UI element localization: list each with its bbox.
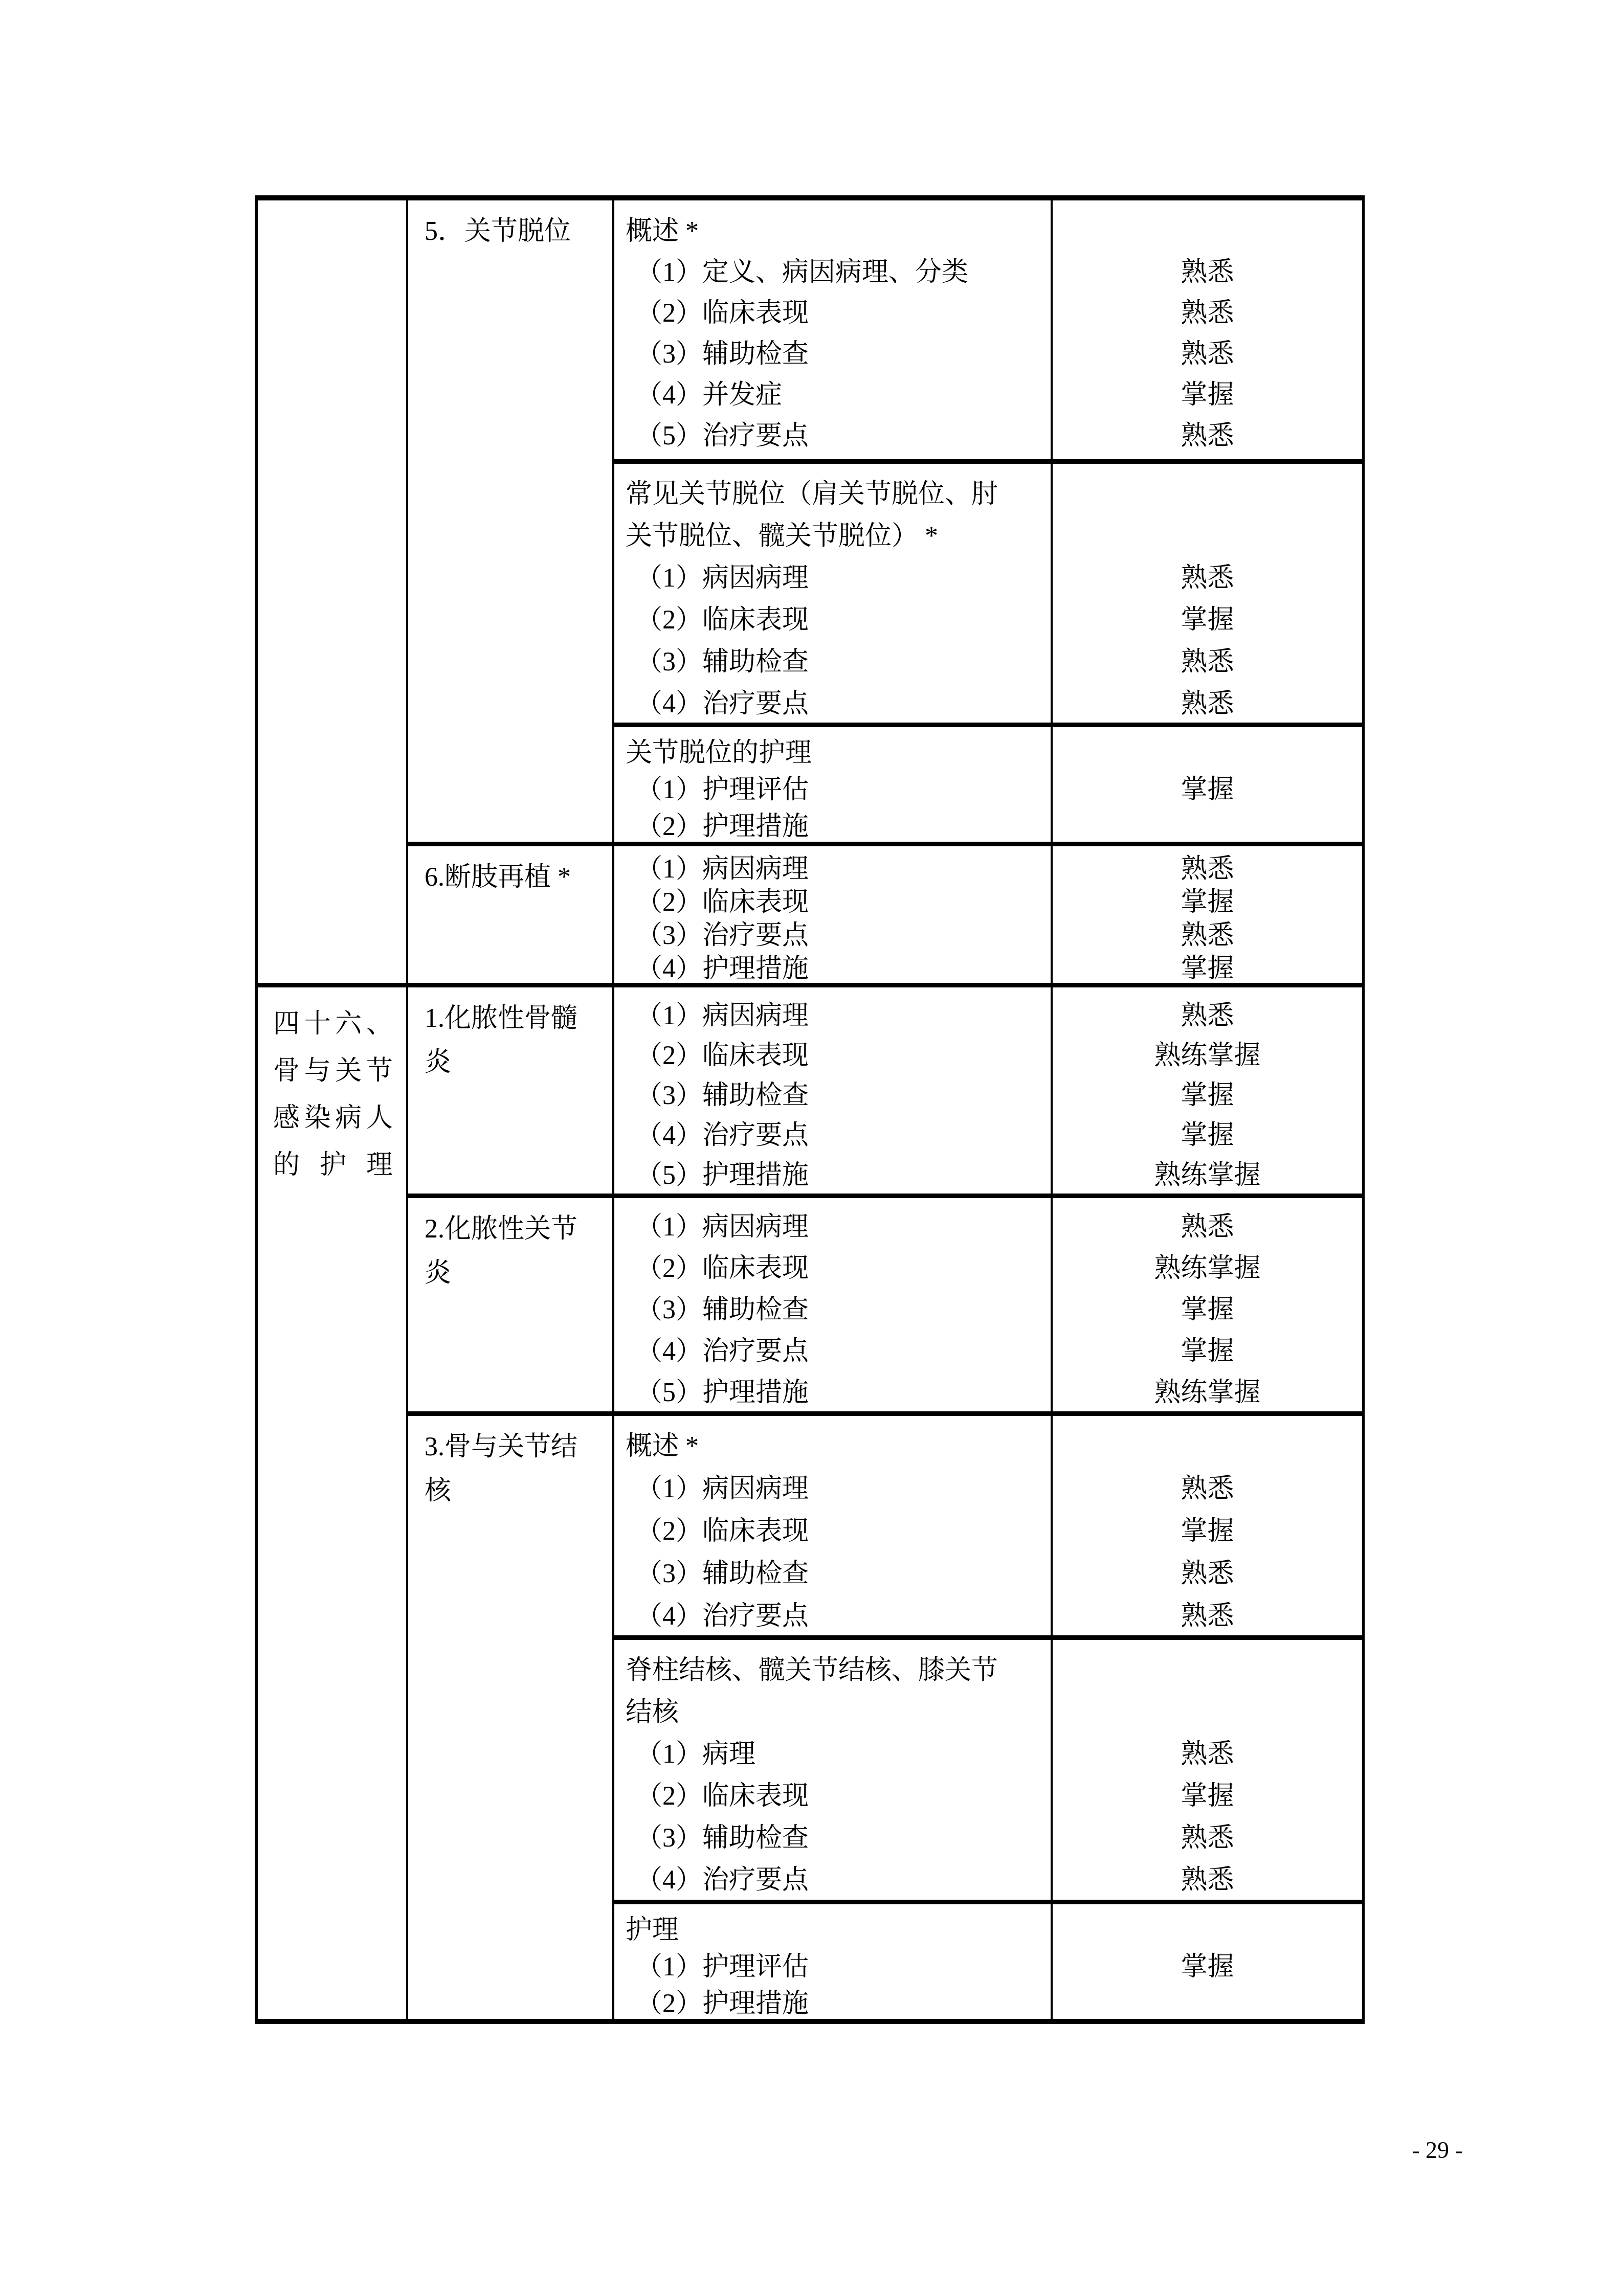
items-common-dislocations: 常见关节脱位（肩关节脱位、肘 关节脱位、髋关节脱位） * （1）病因病理 （2）… [614, 459, 1053, 723]
item-line: （1）病因病理 [614, 554, 1051, 596]
item-line: （1）护理评估 [614, 1945, 1051, 1982]
item-line: （5）治疗要点 [614, 412, 1051, 453]
mastery-level: 熟练掌握 [1053, 1152, 1362, 1192]
mastery-level: 掌握 [1053, 949, 1362, 982]
mastery-level: 熟悉 [1053, 993, 1362, 1032]
mastery-level [1053, 1688, 1362, 1730]
item-line: （4）治疗要点 [614, 1112, 1051, 1152]
levels-spinal-hip-knee-tuberculosis: 熟悉 掌握 熟悉 熟悉 [1053, 1635, 1362, 1900]
mastery-level [1053, 1646, 1362, 1688]
item-line: 结核 [614, 1688, 1051, 1730]
levels-suppurative-arthritis: 熟悉 熟练掌握 掌握 掌握 熟练掌握 [1053, 1194, 1362, 1411]
mastery-level [1053, 1422, 1362, 1465]
items-tuberculosis-nursing: 护理 （1）护理评估 （2）护理措施 [614, 1900, 1053, 2019]
items-suppurative-arthritis: （1）病因病理 （2）临床表现 （3）辅助检查 （4）治疗要点 （5）护理措施 [614, 1194, 1053, 1411]
mastery-level: 掌握 [1053, 1945, 1362, 1982]
mastery-level: 熟悉 [1053, 1549, 1362, 1592]
item-line: （3）辅助检查 [614, 1072, 1051, 1112]
levels-common-dislocations: 熟悉 掌握 熟悉 熟悉 [1053, 459, 1362, 723]
item-line: （2）临床表现 [614, 1772, 1051, 1814]
chapter-cell: 四十六、 骨与关节 感染病人 的护理 [258, 983, 408, 2019]
mastery-level: 熟悉 [1053, 249, 1362, 289]
item-line: （2）护理措施 [614, 805, 1051, 842]
mastery-level: 熟悉 [1053, 1465, 1362, 1507]
item-line: （1）病因病理 [614, 1203, 1051, 1245]
items-spinal-hip-knee-tuberculosis: 脊柱结核、髋关节结核、膝关节 结核 （1）病理 （2）临床表现 （3）辅助检查 … [614, 1635, 1053, 1900]
document-page: 四十六、 骨与关节 感染病人 的护理 5．关节脱位 6.断肢再植 * 1.化脓性… [0, 0, 1624, 2296]
item-line: （1）病因病理 [614, 993, 1051, 1032]
items-dislocation-nursing: 关节脱位的护理 （1）护理评估 （2）护理措施 [614, 723, 1053, 842]
levels-suppurative-osteomyelitis: 熟悉 熟练掌握 掌握 掌握 熟练掌握 [1053, 983, 1362, 1194]
item-line: 关节脱位的护理 [614, 731, 1051, 768]
mastery-level: 掌握 [1053, 1112, 1362, 1152]
item-line: （2）临床表现 [614, 1032, 1051, 1072]
item-line: （5）护理措施 [614, 1369, 1051, 1410]
mastery-level: 掌握 [1053, 1772, 1362, 1814]
mastery-level [1053, 1908, 1362, 1945]
mastery-level: 熟悉 [1053, 330, 1362, 371]
mastery-level: 熟悉 [1053, 638, 1362, 680]
mastery-level: 熟悉 [1053, 1203, 1362, 1245]
item-line: （2）护理措施 [614, 1982, 1051, 2019]
page-number: - 29 - [1381, 2136, 1494, 2164]
mastery-level: 掌握 [1053, 1072, 1362, 1112]
mastery-level: 掌握 [1053, 883, 1362, 916]
item-line: （3）辅助检查 [614, 1549, 1051, 1592]
item-line: 概述 * [614, 208, 1051, 249]
mastery-level: 掌握 [1053, 1327, 1362, 1369]
mastery-level: 熟悉 [1053, 916, 1362, 949]
item-line: （4）治疗要点 [614, 1327, 1051, 1369]
items-suppurative-osteomyelitis: （1）病因病理 （2）临床表现 （3）辅助检查 （4）治疗要点 （5）护理措施 [614, 983, 1053, 1194]
mastery-level [1053, 731, 1362, 768]
mastery-level: 熟练掌握 [1053, 1032, 1362, 1072]
item-line: （2）临床表现 [614, 883, 1051, 916]
mastery-level: 熟悉 [1053, 849, 1362, 883]
topic-joint-dislocation: 5．关节脱位 [408, 200, 614, 842]
item-line: （4）治疗要点 [614, 1856, 1051, 1898]
mastery-level [1053, 1982, 1362, 2019]
levels-dislocation-nursing: 掌握 [1053, 723, 1362, 842]
levels-limb-replantation: 熟悉 掌握 熟悉 掌握 [1053, 842, 1362, 983]
item-line: （4）并发症 [614, 371, 1051, 412]
item-line: （3）辅助检查 [614, 638, 1051, 680]
item-line: （2）临床表现 [614, 1507, 1051, 1549]
item-line: 关节脱位、髋关节脱位） * [614, 512, 1051, 554]
chapter-line: 感染病人 [273, 1095, 393, 1142]
chapter-line: 四十六、 [273, 1001, 393, 1048]
mastery-level: 熟悉 [1053, 554, 1362, 596]
levels-tuberculosis-nursing: 掌握 [1053, 1900, 1362, 2019]
syllabus-table: 四十六、 骨与关节 感染病人 的护理 5．关节脱位 6.断肢再植 * 1.化脓性… [255, 195, 1365, 2024]
item-line: （2）临床表现 [614, 289, 1051, 330]
item-line: （1）病理 [614, 1730, 1051, 1772]
chapter-line: 的护理 [273, 1142, 393, 1189]
item-line: 脊柱结核、髋关节结核、膝关节 [614, 1646, 1051, 1688]
mastery-level [1053, 512, 1362, 554]
item-line: （4）治疗要点 [614, 1592, 1051, 1634]
mastery-level: 熟练掌握 [1053, 1245, 1362, 1286]
item-line: 概述 * [614, 1422, 1051, 1465]
items-overview-tuberculosis: 概述 * （1）病因病理 （2）临床表现 （3）辅助检查 （4）治疗要点 [614, 1411, 1053, 1635]
chapter-cell-empty [258, 200, 408, 983]
mastery-level: 熟悉 [1053, 680, 1362, 722]
mastery-level [1053, 208, 1362, 249]
mastery-level: 熟悉 [1053, 1814, 1362, 1856]
mastery-level: 掌握 [1053, 768, 1362, 805]
mastery-level: 熟悉 [1053, 1730, 1362, 1772]
item-line: （1）定义、病因病理、分类 [614, 249, 1051, 289]
item-line: （5）护理措施 [614, 1152, 1051, 1192]
topic-bone-joint-tuberculosis: 3.骨与关节结核 [408, 1411, 614, 2019]
item-line: （3）辅助检查 [614, 330, 1051, 371]
mastery-level: 掌握 [1053, 371, 1362, 412]
topic-suppurative-arthritis: 2.化脓性关节炎 [408, 1194, 614, 1411]
mastery-level: 掌握 [1053, 596, 1362, 638]
mastery-level: 掌握 [1053, 1507, 1362, 1549]
mastery-level: 掌握 [1053, 1286, 1362, 1327]
item-line: （4）护理措施 [614, 949, 1051, 982]
item-line: （3）治疗要点 [614, 916, 1051, 949]
mastery-level: 熟悉 [1053, 289, 1362, 330]
chapter-line: 骨与关节 [273, 1048, 393, 1095]
mastery-level: 熟悉 [1053, 412, 1362, 453]
levels-overview-dislocation: 熟悉 熟悉 熟悉 掌握 熟悉 [1053, 200, 1362, 459]
mastery-level: 熟练掌握 [1053, 1369, 1362, 1410]
mastery-level [1053, 805, 1362, 842]
item-line: （3）辅助检查 [614, 1286, 1051, 1327]
item-line: （2）临床表现 [614, 1245, 1051, 1286]
item-line: （1）病因病理 [614, 1465, 1051, 1507]
item-line: （2）临床表现 [614, 596, 1051, 638]
topic-suppurative-osteomyelitis: 1.化脓性骨髓炎 [408, 983, 614, 1194]
levels-overview-tuberculosis: 熟悉 掌握 熟悉 熟悉 [1053, 1411, 1362, 1635]
item-line: （3）辅助检查 [614, 1814, 1051, 1856]
mastery-level: 熟悉 [1053, 1856, 1362, 1898]
item-line: （4）治疗要点 [614, 680, 1051, 722]
item-line: （1）病因病理 [614, 849, 1051, 883]
mastery-level [1053, 470, 1362, 512]
item-line: （1）护理评估 [614, 768, 1051, 805]
topic-limb-replantation: 6.断肢再植 * [408, 842, 614, 983]
mastery-level: 熟悉 [1053, 1592, 1362, 1634]
items-overview-dislocation: 概述 * （1）定义、病因病理、分类 （2）临床表现 （3）辅助检查 （4）并发… [614, 200, 1053, 459]
item-line: 护理 [614, 1908, 1051, 1945]
items-limb-replantation: （1）病因病理 （2）临床表现 （3）治疗要点 （4）护理措施 [614, 842, 1053, 983]
item-line: 常见关节脱位（肩关节脱位、肘 [614, 470, 1051, 512]
